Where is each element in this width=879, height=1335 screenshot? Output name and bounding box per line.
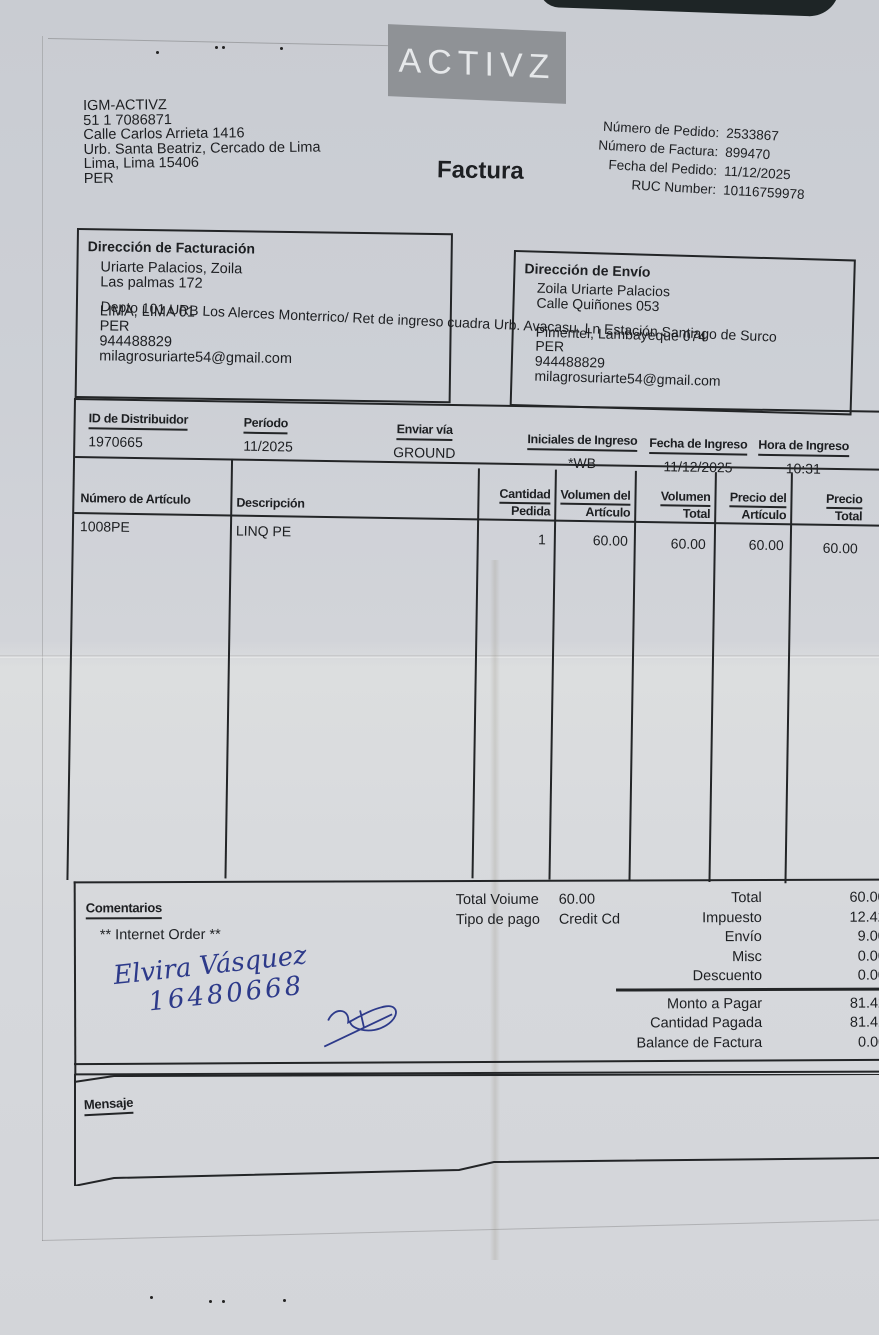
period-field: Período 11/2025 [243,415,293,455]
column-header-description: Descripción [236,496,304,511]
punch-dot [156,51,159,54]
field-label: Fecha de Ingreso [649,436,747,456]
address-line: Las palmas 172 [100,275,293,292]
activz-logo: ACTIVZ [388,24,566,104]
meta-value: 10116759978 [723,181,806,205]
cell-unit-price: 60.00 [718,536,784,553]
box-border-lines [74,1074,879,1186]
message-title: Mensaje [84,1095,134,1117]
column-divider [628,471,636,881]
company-info: IGM-ACTIVZ 51 1 7086871 Calle Carlos Arr… [83,97,321,186]
column-header-text: Cantidad [499,487,550,505]
column-header-text: Pedida [484,503,550,518]
column-header-unit-price: Precio delArtículo [718,490,786,522]
invoice-balance-row: Balance de Factura0.00 [606,1033,879,1053]
payment-label: Total Voiume [456,890,559,910]
paper-edge [42,36,43,1241]
column-header-text: Volumen del [560,488,630,506]
paper-edge [48,38,388,46]
total-value: 60.00 [762,889,879,909]
cell-unit-volume: 60.00 [558,532,628,549]
column-header-unit-volume: Volumen delArtículo [558,488,630,520]
total-label: Total [606,889,762,909]
total-value: 9.00 [762,928,879,948]
total-label: Cantidad Pagada [606,1014,762,1034]
totals-block: Total60.00 Impuesto12.42 Envío9.00 Misc0… [606,889,879,1054]
column-header-total-price: PrecioTotal [796,491,862,523]
cell-quantity: 1 [484,530,546,547]
column-header-item-number: Número de Artículo [80,491,190,507]
discount-row: Descuento0.00 [606,967,879,987]
total-value: 12.42 [762,908,879,928]
shipping-cost-row: Envío9.00 [606,928,879,948]
total-value: 0.00 [762,967,879,987]
payment-value: 60.00 [559,890,595,910]
column-header-text: Total [640,506,710,521]
field-label: ID de Distribuidor [89,411,189,431]
column-header-total-volume: VolumenTotal [640,489,710,521]
column-divider [472,468,480,878]
total-value: 0.00 [762,1033,879,1053]
handwritten-signature: Elvira Vásquez 16480668 [112,940,312,1021]
punch-dot [150,1296,153,1299]
field-value: 11/2025 [243,438,293,455]
signature-scribble-icon [320,998,402,1048]
field-label: Iniciales de Ingreso [527,432,637,452]
totals-separator [616,987,879,991]
column-header-text: Total [796,508,862,523]
paper-edge [42,1219,879,1241]
photo-background-object [539,0,840,17]
invoice-meta: Número de Pedido:2533867 Número de Factu… [586,116,808,204]
punch-dot [215,46,218,49]
document-title: Factura [437,156,524,186]
distributor-id-field: ID de Distribuidor 1970665 [88,410,188,451]
column-header-text: Artículo [718,507,786,522]
total-value: 81.42 [762,994,879,1014]
address-line: milagrosuriarte54@gmail.com [534,369,721,389]
field-label: Período [243,416,288,435]
field-value: 1970665 [88,433,188,451]
field-value: GROUND [393,444,455,461]
summary-section: Comentarios ** Internet Order ** Elvira … [74,879,879,1076]
column-header-text: Número de Artículo [80,491,190,507]
column-divider [224,458,233,878]
comments-title: Comentarios [86,900,162,919]
total-label: Descuento [606,967,762,987]
entry-date-field: Fecha de Ingreso 11/12/2025 [649,435,748,476]
payment-label: Tipo de pago [456,910,559,930]
column-header-text: Artículo [558,505,630,520]
total-label: Impuesto [606,909,762,929]
total-value: 81.42 [762,1014,879,1034]
billing-title: Dirección de Facturación [88,238,255,256]
column-header-text: Precio del [730,490,787,508]
shipping-title: Dirección de Envío [524,260,650,280]
address-line: milagrosuriarte54@gmail.com [99,349,292,366]
punch-dot [222,46,225,49]
ship-via-field: Enviar vía GROUND [393,421,456,461]
tax-row: Impuesto12.42 [606,908,879,928]
total-label: Envío [606,928,762,948]
entry-time-field: Hora de Ingreso 10:31 [758,437,849,477]
total-row: Total60.00 [606,889,879,909]
column-header-quantity: CantidadPedida [484,486,550,518]
column-divider [784,473,792,883]
order-table: ID de Distribuidor 1970665 Período 11/20… [66,398,879,893]
amount-paid-row: Cantidad Pagada81.42 [606,1014,879,1034]
logo-text: ACTIVZ [399,41,556,87]
comments-text: ** Internet Order ** [100,927,221,943]
company-line: Urb. Santa Beatriz, Cercado de Lima [83,140,320,157]
field-label: Hora de Ingreso [758,438,849,457]
meta-value: 899470 [725,143,771,164]
punch-dot [222,1300,225,1303]
column-divider [708,472,716,882]
cell-item-number: 1008PE [80,518,130,535]
cell-description: LINQ PE [236,523,291,540]
column-header-text: Volumen [661,489,711,507]
total-label: Balance de Factura [606,1034,762,1054]
cell-total-volume: 60.00 [640,535,706,552]
punch-dot [280,47,283,50]
total-label: Monto a Pagar [606,995,762,1015]
total-value: 0.00 [762,947,879,967]
column-divider [548,470,556,880]
column-header-text: Descripción [236,496,304,511]
punch-dot [209,1300,212,1303]
amount-due-row: Monto a Pagar81.42 [606,994,879,1014]
total-label: Misc [606,948,762,968]
punch-dot [283,1299,286,1302]
field-label: Enviar vía [396,422,452,441]
cell-total-price: 60.00 [796,539,858,556]
message-box: Mensaje [74,1074,879,1186]
payment-info: Total Voiume60.00 Tipo de pagoCredit Cd [456,890,620,931]
misc-row: Misc0.00 [606,947,879,967]
column-header-text: Precio [826,492,863,510]
